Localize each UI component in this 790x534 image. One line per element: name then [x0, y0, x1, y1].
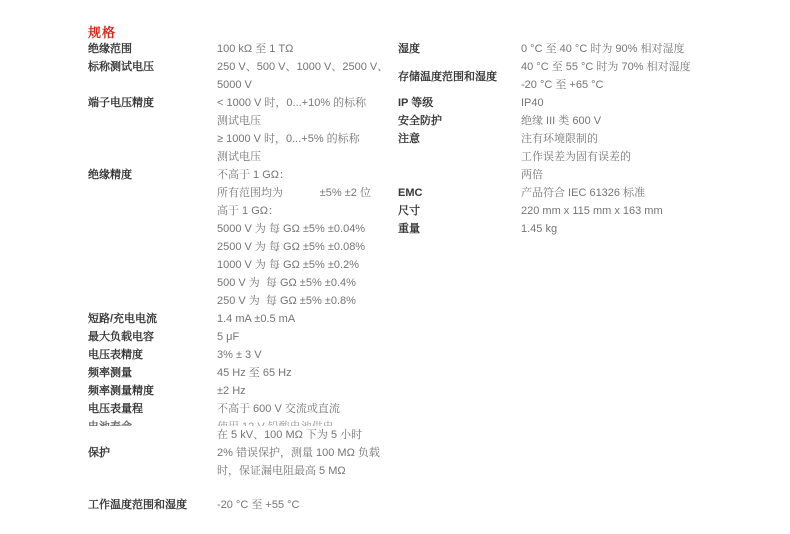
spec-value-line: 5 μF: [217, 328, 394, 346]
spec-value: IP40: [521, 94, 708, 112]
spec-value-line: 1.45 kg: [521, 220, 708, 238]
spec-value-line: 在 5 kV、100 MΩ 下为 5 小时: [217, 426, 394, 444]
spec-row-emc: EMC产品符合 IEC 61326 标准: [398, 184, 708, 202]
spec-label: 电池寿命: [88, 418, 217, 426]
spec-value-line: 5000 V 为 每 GΩ ±5% ±0.04%: [217, 220, 394, 238]
spec-value-line: 测试电压: [217, 148, 394, 166]
spec-value-line: 100 kΩ 至 1 TΩ: [217, 40, 394, 58]
spec-row-protection: 保护2% 错误保护，测量 100 MΩ 负载时，保证漏电阻最高 5 MΩ: [88, 444, 394, 480]
spec-value-line: 500 V 为 每 GΩ ±5% ±0.4%: [217, 274, 394, 292]
spec-value-line: 0 °C 至 40 °C 时为 90% 相对湿度: [521, 40, 708, 58]
spec-value: 不高于 1 GΩ：所有范围均为 ±5% ±2 位高于 1 GΩ：5000 V 为…: [217, 166, 394, 310]
spec-value: 45 Hz 至 65 Hz: [217, 364, 394, 382]
spec-value: -20 °C 至 +65 °C: [521, 76, 708, 94]
spec-row-frequency-measurement: 频率测量45 Hz 至 65 Hz: [88, 364, 394, 382]
spec-value: 1.45 kg: [521, 220, 708, 238]
spec-row-voltmeter-accuracy: 电压表精度3% ± 3 V: [88, 346, 394, 364]
spec-value-line: 时，保证漏电阻最高 5 MΩ: [217, 462, 394, 480]
spec-row-voltmeter-range: 电压表量程不高于 600 V 交流或直流: [88, 400, 394, 418]
spec-row-battery-life: 电池寿命使用 12 V 铅酸电池供电在 5 kV、100 MΩ 下为 5 小时: [88, 418, 394, 444]
spec-value-line: 两倍: [521, 166, 708, 184]
spec-row-operating-temp-humidity: 工作温度范围和湿度-20 °C 至 +55 °C: [88, 496, 394, 514]
spec-column-right: 湿度0 °C 至 40 °C 时为 90% 相对湿度40 °C 至 55 °C …: [398, 40, 708, 238]
spec-value: 1.4 mA ±0.5 mA: [217, 310, 394, 328]
spec-value: ±2 Hz: [217, 382, 394, 400]
spec-row-note: 注意注有环境限制的工作误差为固有误差的两倍: [398, 130, 708, 184]
spec-row-terminal-voltage-accuracy: 端子电压精度< 1000 V 时，0...+10% 的标称测试电压≥ 1000 …: [88, 94, 394, 166]
spec-row-nominal-test-voltage: 标称测试电压250 V、500 V、1000 V、2500 V、5000 V: [88, 58, 394, 94]
spec-value-line: 45 Hz 至 65 Hz: [217, 364, 394, 382]
spec-sheet-page: 规格 绝缘范围100 kΩ 至 1 TΩ标称测试电压250 V、500 V、10…: [0, 0, 790, 534]
spec-label: 短路/充电电流: [88, 310, 217, 328]
spec-label: 标称测试电压: [88, 58, 217, 76]
spec-label: 频率测量: [88, 364, 217, 382]
spec-value-line: 220 mm x 115 mm x 163 mm: [521, 202, 708, 220]
spec-label: 电压表量程: [88, 400, 217, 418]
spec-label: 湿度: [398, 40, 521, 58]
spec-value-line: 工作误差为固有误差的: [521, 148, 708, 166]
spec-row-insulation-accuracy: 绝缘精度不高于 1 GΩ：所有范围均为 ±5% ±2 位高于 1 GΩ：5000…: [88, 166, 394, 310]
spec-label: 频率测量精度: [88, 382, 217, 400]
spec-column-left: 绝缘范围100 kΩ 至 1 TΩ标称测试电压250 V、500 V、1000 …: [88, 40, 394, 514]
spec-value: 注有环境限制的工作误差为固有误差的两倍: [521, 130, 708, 184]
spec-value-line: 250 V 为 每 GΩ ±5% ±0.8%: [217, 292, 394, 310]
spec-value: 产品符合 IEC 61326 标准: [521, 184, 708, 202]
spec-value-line: 高于 1 GΩ：: [217, 202, 394, 220]
spec-value-line: 测试电压: [217, 112, 394, 130]
spec-value-line: 注有环境限制的: [521, 130, 708, 148]
spec-value-line: 2500 V 为 每 GΩ ±5% ±0.08%: [217, 238, 394, 256]
spec-row-max-load-capacitance: 最大负载电容5 μF: [88, 328, 394, 346]
spec-value-line: 不高于 1 GΩ：: [217, 166, 394, 184]
spec-value: 绝缘 III 类 600 V: [521, 112, 708, 130]
spec-value-line: 不高于 600 V 交流或直流: [217, 400, 394, 418]
spec-value-line: 5000 V: [217, 76, 394, 94]
spec-row-frequency-measurement-accuracy: 频率测量精度±2 Hz: [88, 382, 394, 400]
spec-value-line: -20 °C 至 +65 °C: [521, 76, 708, 94]
spec-value-line: 1000 V 为 每 GΩ ±5% ±0.2%: [217, 256, 394, 274]
spec-label: EMC: [398, 184, 521, 202]
spec-row-weight: 重量1.45 kg: [398, 220, 708, 238]
spec-label: IP 等级: [398, 94, 521, 112]
spec-label: 工作温度范围和湿度: [88, 496, 217, 514]
spec-value-line: 使用 12 V 铅酸电池供电: [217, 418, 394, 426]
spec-value-line: -20 °C 至 +55 °C: [217, 496, 394, 514]
spec-row-storage-temp-humidity: 存储温度范围和湿度-20 °C 至 +65 °C: [398, 76, 708, 94]
spec-value-line: 2% 错误保护，测量 100 MΩ 负载: [217, 444, 394, 462]
spec-value: 220 mm x 115 mm x 163 mm: [521, 202, 708, 220]
spec-value-line: ≥ 1000 V 时，0...+5% 的标称: [217, 130, 394, 148]
spec-row-insulation-range: 绝缘范围100 kΩ 至 1 TΩ: [88, 40, 394, 58]
spec-value: 2% 错误保护，测量 100 MΩ 负载时，保证漏电阻最高 5 MΩ: [217, 444, 394, 480]
spec-value: 250 V、500 V、1000 V、2500 V、5000 V: [217, 58, 394, 94]
spec-value-line: 250 V、500 V、1000 V、2500 V、: [217, 58, 394, 76]
spec-label: 绝缘精度: [88, 166, 217, 184]
spec-value: 不高于 600 V 交流或直流: [217, 400, 394, 418]
spec-label: 绝缘范围: [88, 40, 217, 58]
spec-label: 最大负载电容: [88, 328, 217, 346]
spec-label: 安全防护: [398, 112, 521, 130]
spec-label: 存储温度范围和湿度: [398, 68, 521, 86]
spec-value-line: 40 °C 至 55 °C 时为 70% 相对湿度: [521, 58, 708, 76]
spec-row-short-circuit-charge-current: 短路/充电电流1.4 mA ±0.5 mA: [88, 310, 394, 328]
spec-value-line: ±2 Hz: [217, 382, 394, 400]
spec-label: 注意: [398, 130, 521, 148]
spec-value: 0 °C 至 40 °C 时为 90% 相对湿度40 °C 至 55 °C 时为…: [521, 40, 708, 76]
spec-row-safety-protection: 安全防护绝缘 III 类 600 V: [398, 112, 708, 130]
spec-value-line: 绝缘 III 类 600 V: [521, 112, 708, 130]
spec-value-line: 所有范围均为 ±5% ±2 位: [217, 184, 394, 202]
spec-value-line: 3% ± 3 V: [217, 346, 394, 364]
spec-value: 3% ± 3 V: [217, 346, 394, 364]
spec-label: 尺寸: [398, 202, 521, 220]
spec-label: 端子电压精度: [88, 94, 217, 112]
spec-row-dimensions: 尺寸220 mm x 115 mm x 163 mm: [398, 202, 708, 220]
spec-value-line: < 1000 V 时，0...+10% 的标称: [217, 94, 394, 112]
spec-label: 电压表精度: [88, 346, 217, 364]
spec-value: 使用 12 V 铅酸电池供电在 5 kV、100 MΩ 下为 5 小时: [217, 418, 394, 444]
spec-row-ip-rating: IP 等级IP40: [398, 94, 708, 112]
page-title: 规格: [88, 22, 116, 41]
spec-label: 重量: [398, 220, 521, 238]
spec-value: 100 kΩ 至 1 TΩ: [217, 40, 394, 58]
spec-value: -20 °C 至 +55 °C: [217, 496, 394, 514]
spec-value-line: 1.4 mA ±0.5 mA: [217, 310, 394, 328]
spec-value: < 1000 V 时，0...+10% 的标称测试电压≥ 1000 V 时，0.…: [217, 94, 394, 166]
spec-value: 5 μF: [217, 328, 394, 346]
spec-value-line: 产品符合 IEC 61326 标准: [521, 184, 708, 202]
spec-label: 保护: [88, 444, 217, 462]
spec-value-line: IP40: [521, 94, 708, 112]
